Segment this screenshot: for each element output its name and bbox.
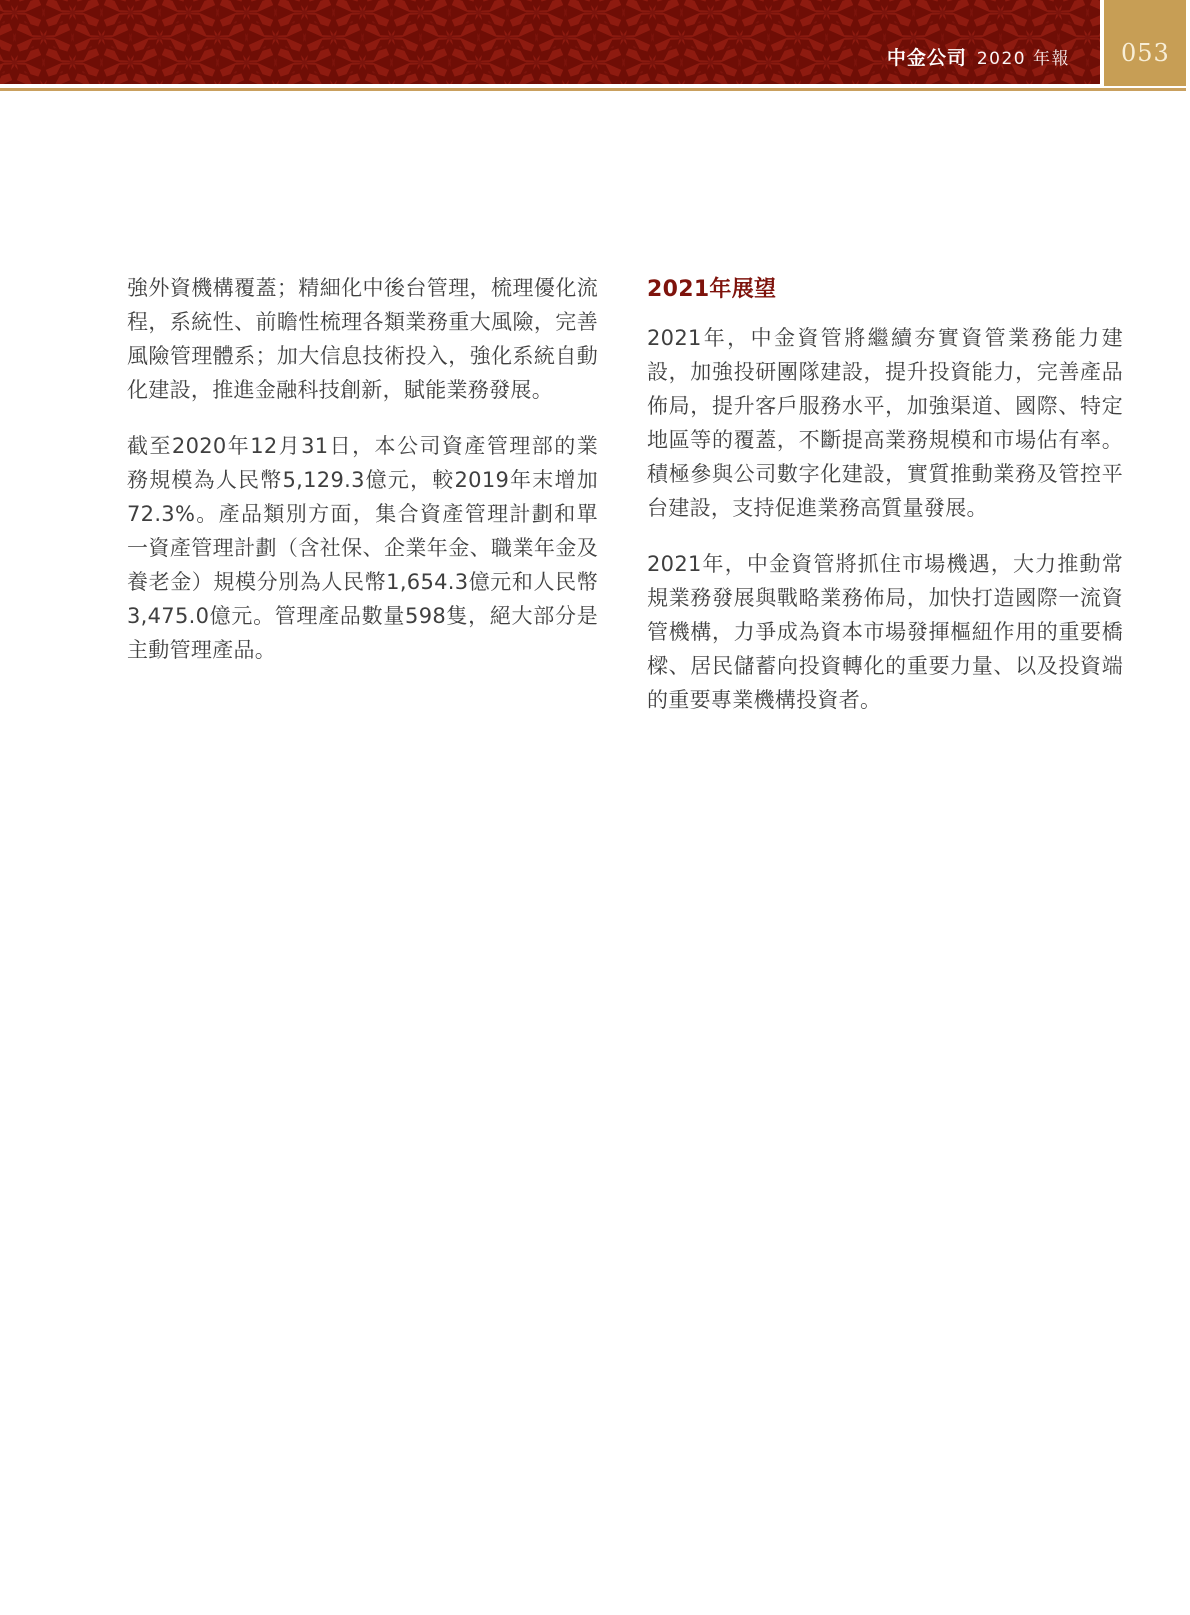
asanoha-pattern xyxy=(0,0,1100,84)
header-report-title: 2020 年報 xyxy=(977,49,1070,69)
header-company-name: 中金公司 xyxy=(887,47,967,69)
body-paragraph: 2021年，中金資管將繼續夯實資管業務能力建設，加強投研團隊建設，提升投資能力，… xyxy=(647,321,1123,525)
page-number: 053 xyxy=(1121,41,1186,65)
section-heading-2021-outlook: 2021年展望 xyxy=(647,275,1123,305)
header-band: 中金公司2020 年報 xyxy=(0,0,1100,84)
gold-divider xyxy=(0,88,1186,91)
body-paragraph: 2021年，中金資管將抓住市場機遇，大力推動常規業務發展與戰略業務佈局，加快打造… xyxy=(647,547,1123,717)
header-title: 中金公司2020 年報 xyxy=(887,43,1070,70)
report-page: 中金公司2020 年報 053 強外資機構覆蓋；精細化中後台管理，梳理優化流程，… xyxy=(0,0,1190,1615)
page-number-box: 053 xyxy=(1104,0,1186,86)
left-column: 強外資機構覆蓋；精細化中後台管理，梳理優化流程，系統性、前瞻性梳理各類業務重大風… xyxy=(127,271,598,667)
body-paragraph: 截至2020年12月31日，本公司資產管理部的業務規模為人民幣5,129.3億元… xyxy=(127,429,598,667)
right-column: 2021年展望 2021年，中金資管將繼續夯實資管業務能力建設，加強投研團隊建設… xyxy=(647,271,1123,717)
body-paragraph: 強外資機構覆蓋；精細化中後台管理，梳理優化流程，系統性、前瞻性梳理各類業務重大風… xyxy=(127,271,598,407)
